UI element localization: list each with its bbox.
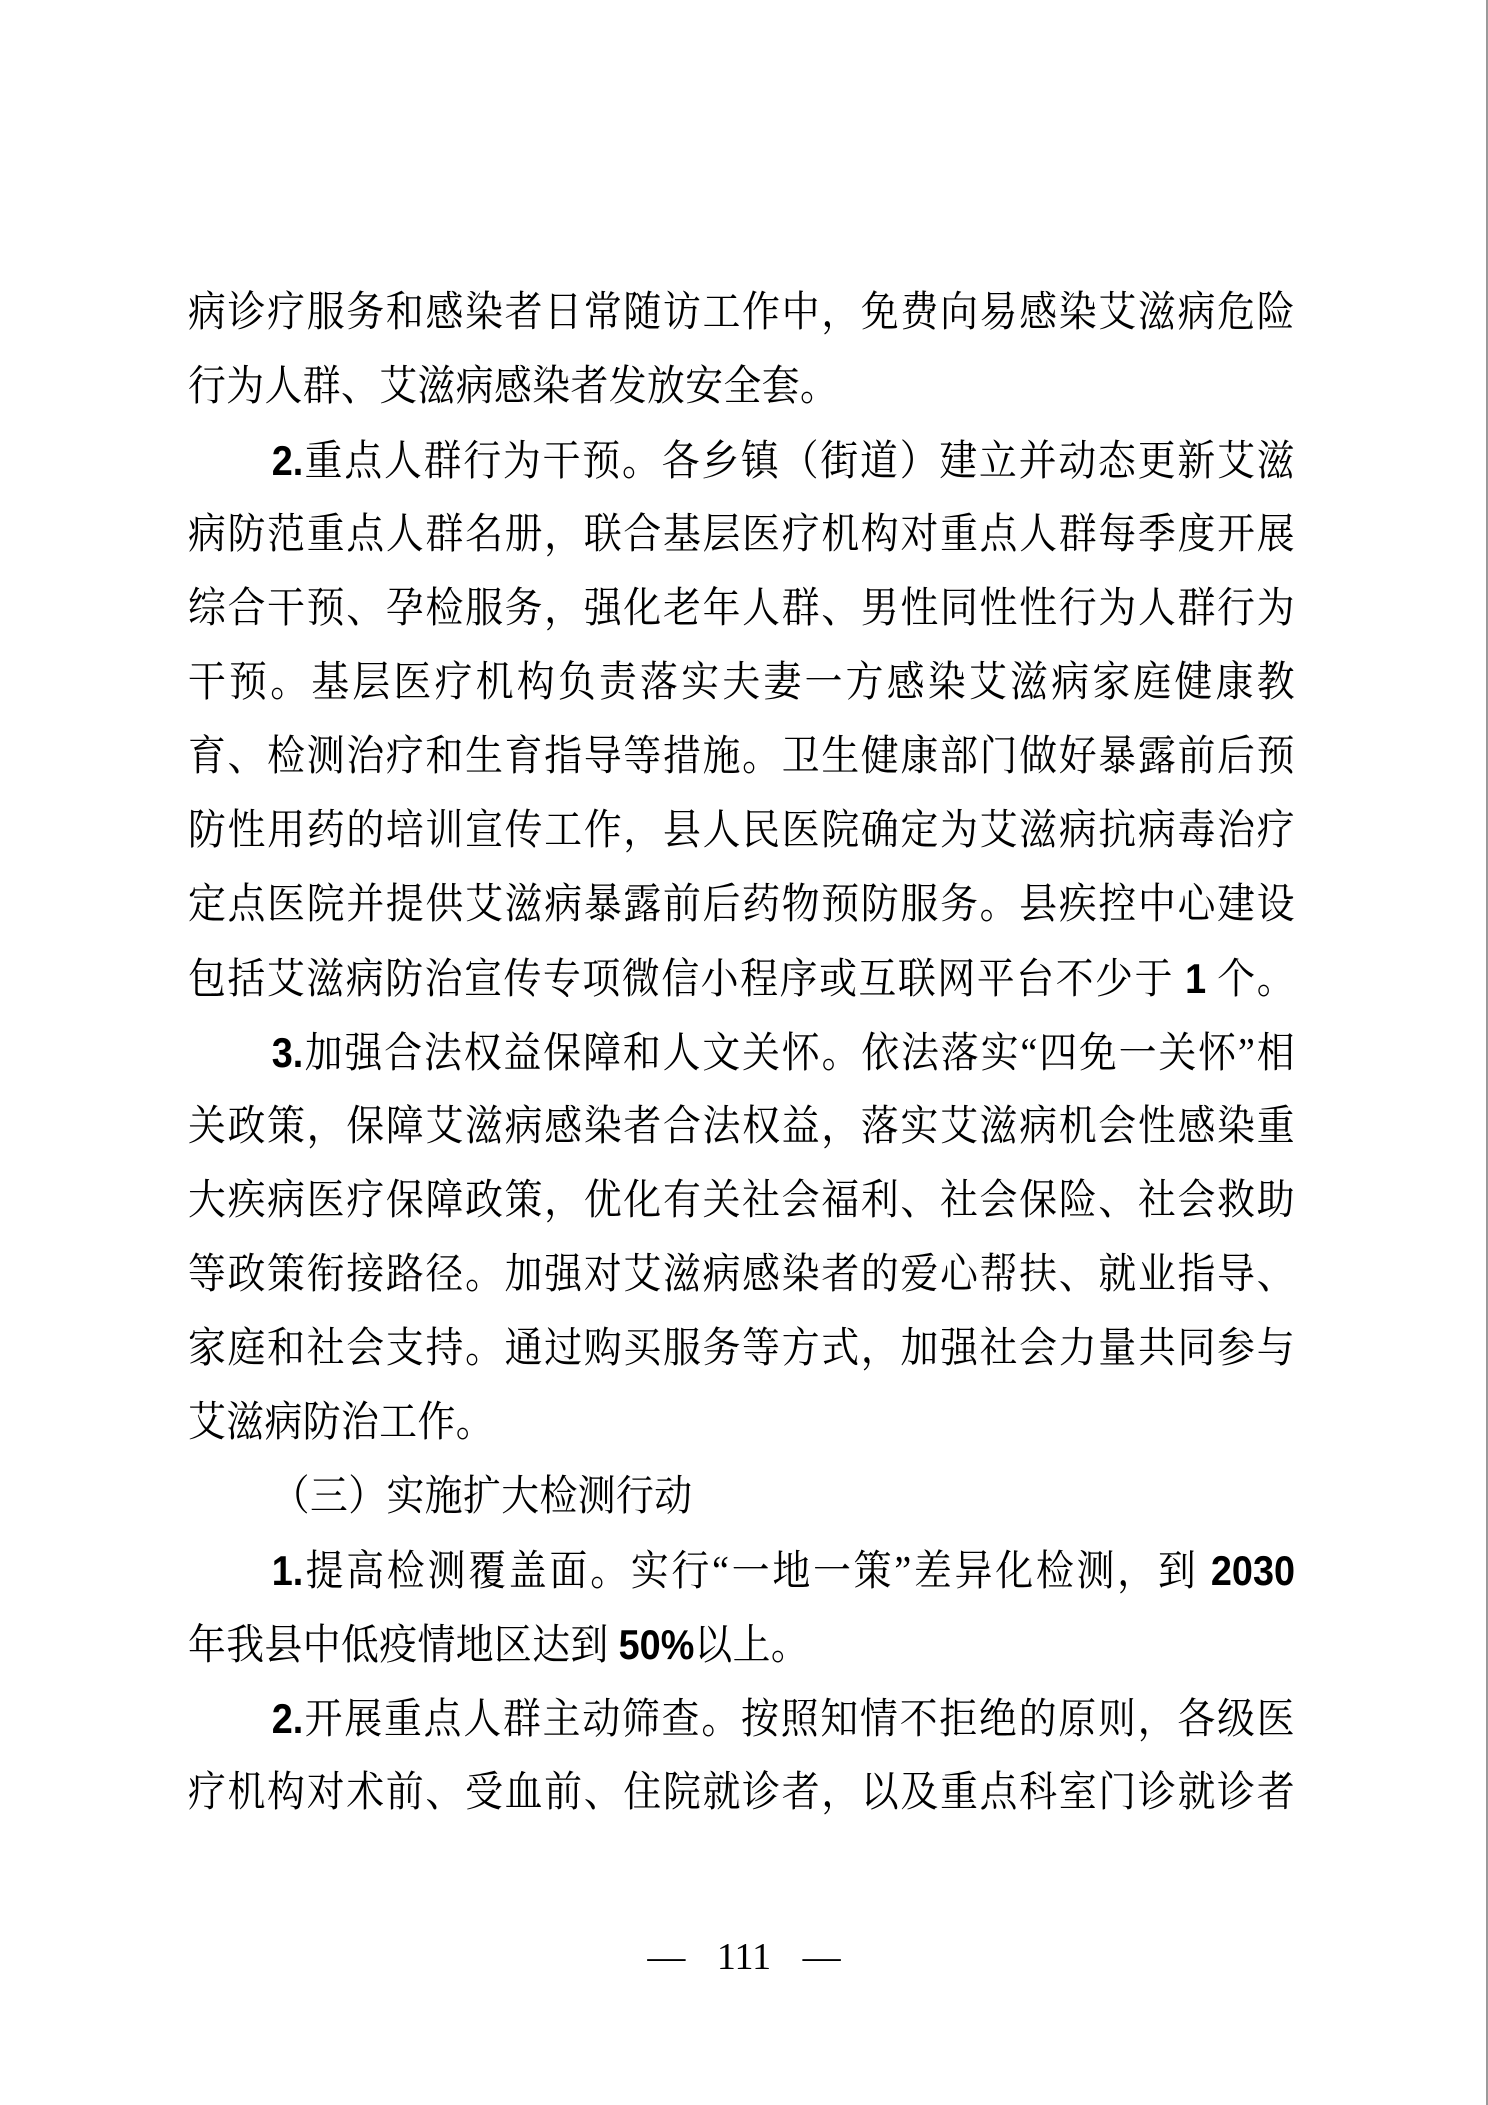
text-line: 病防范重点人群名册，联合基层医疗机构对重点人群每季度开展 xyxy=(188,498,1295,572)
numeral: 2030 xyxy=(1211,1547,1295,1594)
numeral: 2. xyxy=(272,1695,304,1742)
text-line: 年我县中低疫情地区达到 50%以上。 xyxy=(188,1608,1295,1682)
text-line: 2.开展重点人群主动筛查。按照知情不拒绝的原则，各级医 xyxy=(188,1682,1295,1756)
text-line: 防性用药的培训宣传工作，县人民医院确定为艾滋病抗病毒治疗 xyxy=(188,794,1295,868)
page-footer: — 111 — xyxy=(0,1934,1488,1980)
text-line: 等政策衔接路径。加强对艾滋病感染者的爱心帮扶、就业指导、 xyxy=(188,1238,1295,1312)
numeral: 2. xyxy=(272,437,304,484)
text-line: 综合干预、孕检服务，强化老年人群、男性同性性行为人群行为 xyxy=(188,572,1295,646)
text-line: 包括艾滋病防治宣传专项微信小程序或互联网平台不少于 1 个。 xyxy=(188,942,1295,1016)
document-page: { "document": { "lines": [ { "text": "病诊… xyxy=(0,0,1488,2105)
page-number: — 111 — xyxy=(647,1936,840,1978)
text-line: 疗机构对术前、受血前、住院就诊者，以及重点科室门诊就诊者 xyxy=(188,1756,1295,1830)
text-line: 病诊疗服务和感染者日常随访工作中，免费向易感染艾滋病危险 xyxy=(188,276,1295,350)
text-line: 家庭和社会支持。通过购买服务等方式，加强社会力量共同参与 xyxy=(188,1312,1295,1386)
text-line: 育、检测治疗和生育指导等措施。卫生健康部门做好暴露前后预 xyxy=(188,720,1295,794)
text-line: 大疾病医疗保障政策，优化有关社会福利、社会保险、社会救助 xyxy=(188,1164,1295,1238)
text-line: 1.提高检测覆盖面。实行“一地一策”差异化检测，到 2030 xyxy=(188,1534,1295,1608)
numeral: 1. xyxy=(272,1547,304,1594)
text-line: （三）实施扩大检测行动 xyxy=(188,1460,1295,1534)
text-line: 3.加强合法权益保障和人文关怀。依法落实“四免一关怀”相 xyxy=(188,1016,1295,1090)
text-line: 行为人群、艾滋病感染者发放安全套。 xyxy=(188,350,1295,424)
document-text: 病诊疗服务和感染者日常随访工作中，免费向易感染艾滋病危险行为人群、艾滋病感染者发… xyxy=(188,276,1295,1830)
text-line: 艾滋病防治工作。 xyxy=(188,1386,1295,1460)
text-line: 定点医院并提供艾滋病暴露前后药物预防服务。县疾控中心建设 xyxy=(188,868,1295,942)
text-line: 关政策，保障艾滋病感染者合法权益，落实艾滋病机会性感染重 xyxy=(188,1090,1295,1164)
numeral: 3. xyxy=(272,1029,304,1076)
text-line: 干预。基层医疗机构负责落实夫妻一方感染艾滋病家庭健康教 xyxy=(188,646,1295,720)
text-line: 2.重点人群行为干预。各乡镇（街道）建立并动态更新艾滋 xyxy=(188,424,1295,498)
numeral: 50% xyxy=(619,1621,695,1668)
numeral: 1 xyxy=(1185,955,1206,1002)
